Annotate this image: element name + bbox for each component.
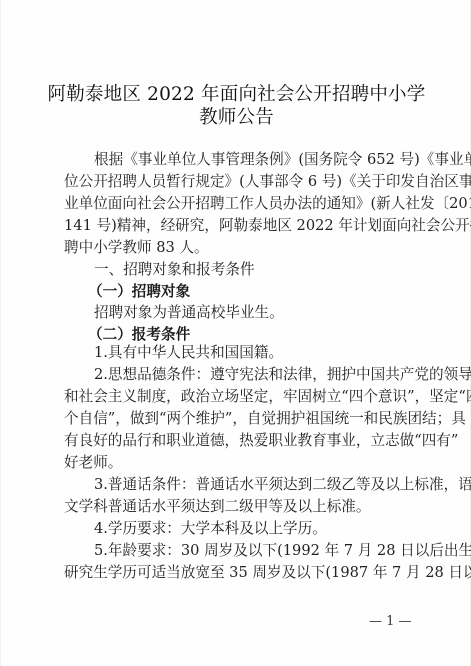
section-heading-recruitment-targets-conditions: 一、招聘对象和报考条件	[94, 259, 412, 281]
condition-3-line: 文学科普通话水平须达到二级甲等及以上标准。	[64, 496, 412, 518]
intro-paragraph-line: 141 号)精神，经研究，阿勒泰地区 2022 年计划面向社会公开招	[64, 215, 412, 237]
document-title-line-1: 阿勒泰地区 2022 年面向社会公开招聘中小学	[1, 84, 471, 106]
condition-2-line: 有良好的品行和职业道德，热爱职业教育事业，立志做“四有”	[64, 430, 412, 452]
condition-3-line: 3.普通话条件：普通话水平须达到二级乙等及以上标准，语	[94, 474, 412, 496]
intro-paragraph-line: 聘中小学教师 83 人。	[64, 237, 412, 259]
intro-paragraph-line: 业单位面向社会公开招聘工作人员办法的通知》(新人社发〔2013〕	[64, 193, 412, 215]
intro-paragraph-line: 根据《事业单位人事管理条例》(国务院令 652 号)《事业单	[94, 149, 412, 171]
document-title-line-2: 教师公告	[1, 107, 471, 129]
page-number: — 1 —	[369, 612, 412, 632]
condition-2-line: 和社会主义制度，政治立场坚定，牢固树立“四个意识”，坚定“四	[64, 386, 412, 408]
condition-5-line: 研究生学历可适当放宽至 35 周岁及以下(1987 年 7 月 28 日以后	[64, 562, 412, 584]
condition-2-line: 个自信”，做到“两个维护”，自觉拥护祖国统一和民族团结；具	[64, 408, 412, 430]
condition-2-line: 好老师。	[64, 452, 412, 474]
condition-1-nationality: 1.具有中华人民共和国国籍。	[94, 342, 412, 364]
condition-2-line: 2.思想品德条件：遵守宪法和法律，拥护中国共产党的领导	[94, 364, 412, 386]
recruitment-targets-text: 招聘对象为普通高校毕业生。	[94, 302, 412, 324]
condition-5-line: 5.年龄要求：30 周岁及以下(1992 年 7 月 28 日以后出生)，	[94, 540, 412, 562]
condition-4-education: 4.学历要求：大学本科及以上学历。	[94, 518, 412, 540]
intro-paragraph-line: 位公开招聘人员暂行规定》(人事部令 6 号)《关于印发自治区事	[64, 171, 412, 193]
document-page: 阿勒泰地区 2022 年面向社会公开招聘中小学 教师公告 根据《事业单位人事管理…	[0, 0, 471, 666]
subsection-heading-recruitment-targets: （一）招聘对象	[88, 281, 406, 303]
